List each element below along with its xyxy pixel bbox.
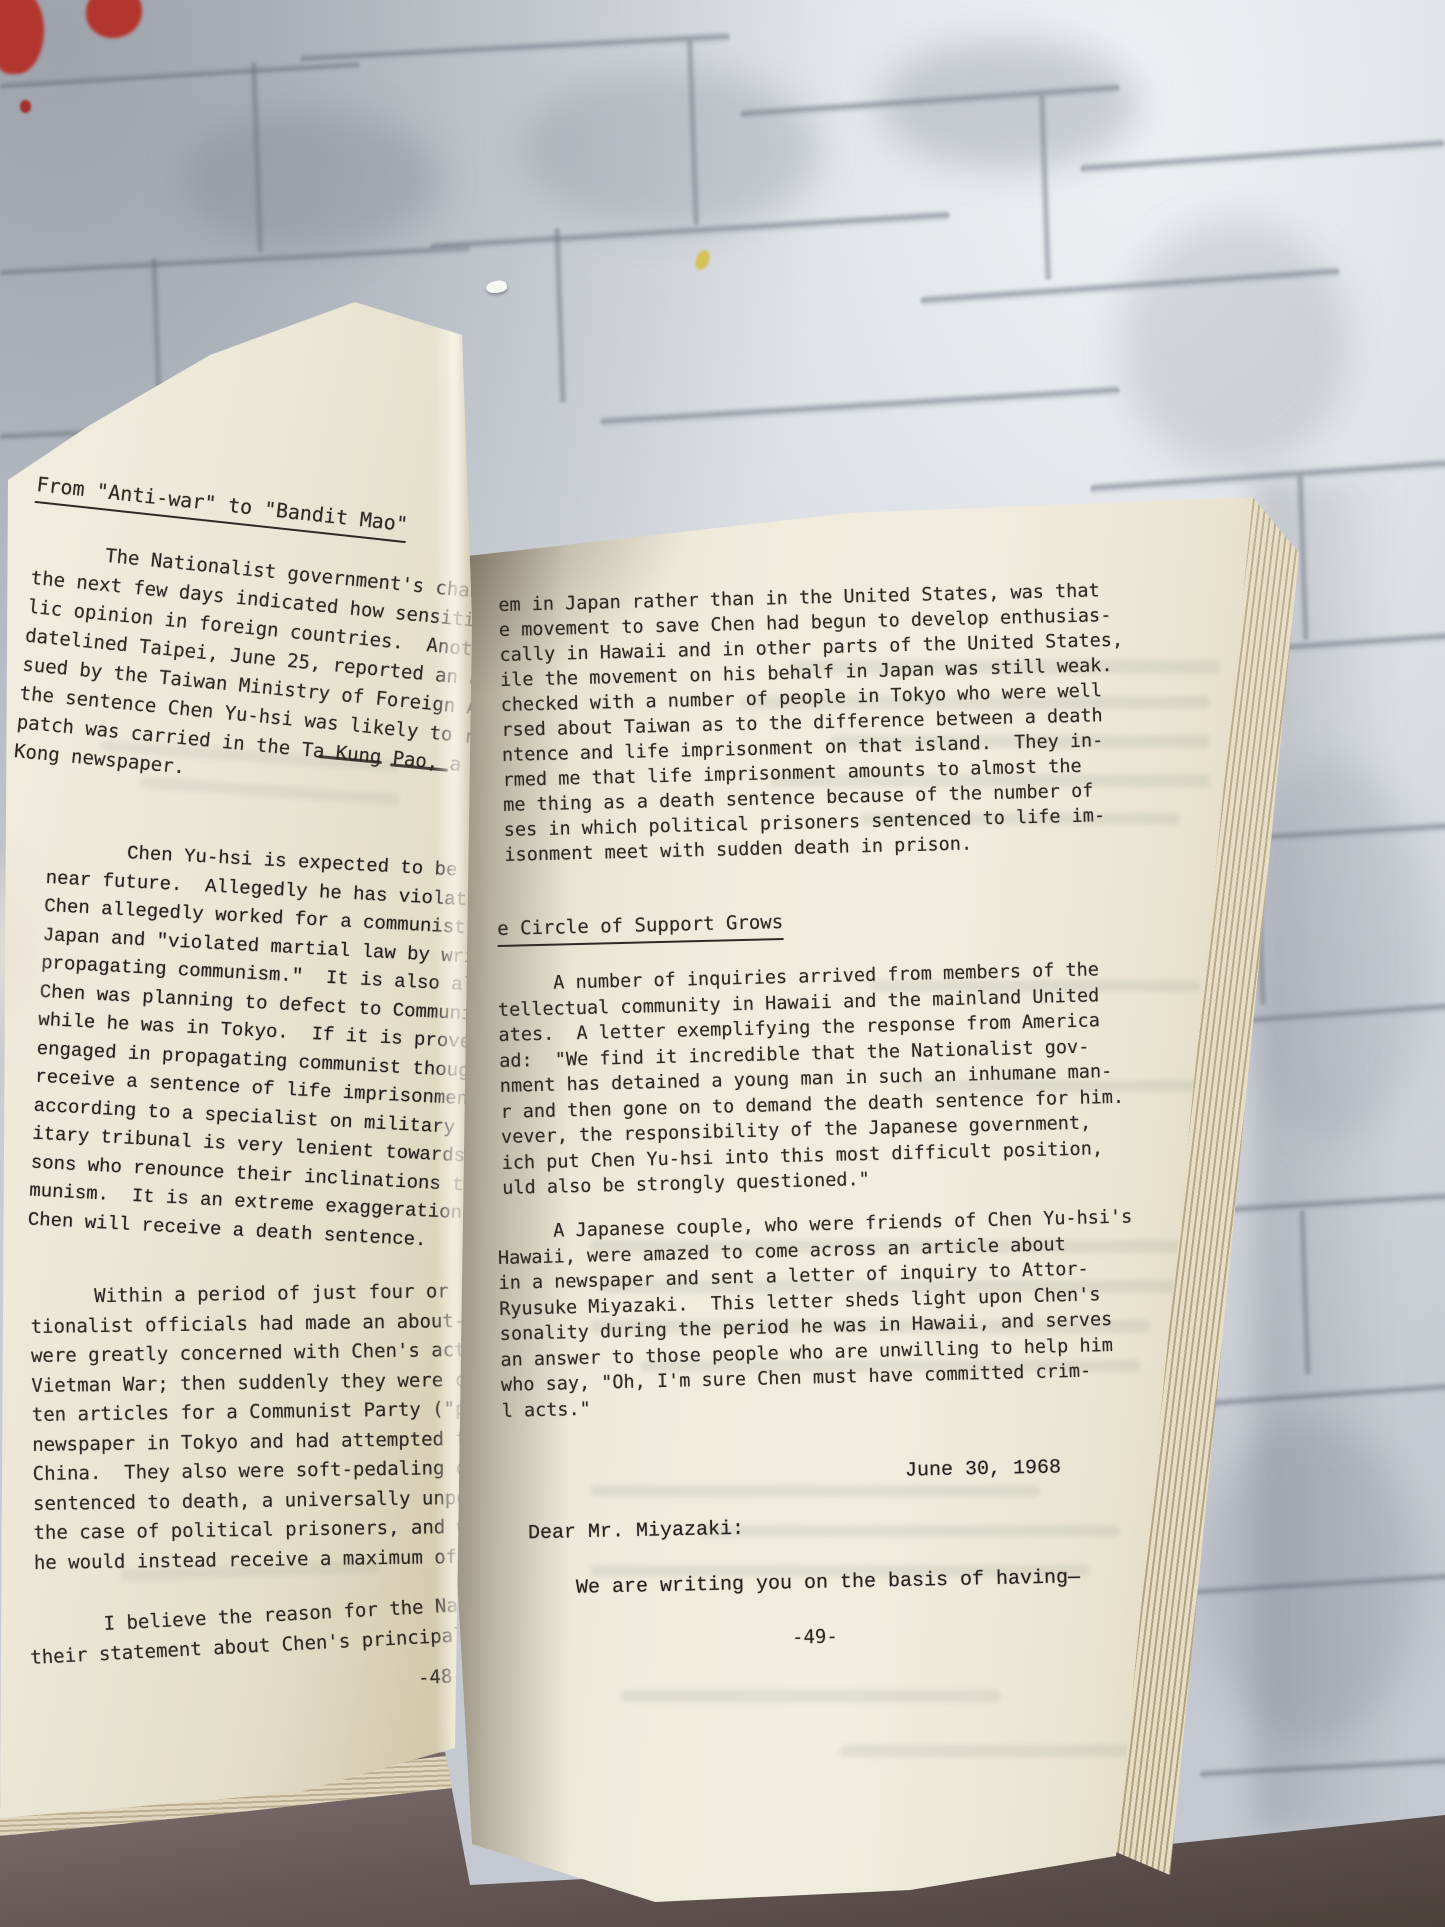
yellow-speck <box>693 248 712 271</box>
mortar-line <box>1200 1755 1445 1781</box>
chapter-heading-text: From "Anti-war" to "Bandit Mao" <box>35 472 409 543</box>
paint-chip <box>485 279 508 295</box>
wall-blotch <box>180 110 440 250</box>
show-through-smudge <box>700 1525 1120 1537</box>
red-paint-speck <box>20 100 31 113</box>
mortar-line <box>1080 137 1445 175</box>
page-number-49: -49- <box>792 1626 838 1649</box>
right-paragraph-2: A number of inquiries arrived from membe… <box>497 957 1126 1202</box>
photo-scene: em in Japan rather than in the United St… <box>0 0 1445 1927</box>
mortar-line <box>0 243 470 281</box>
wall-blotch <box>1120 220 1350 470</box>
show-through-smudge <box>620 1690 1000 1702</box>
show-through-smudge <box>840 1745 1140 1757</box>
red-paint-mark <box>86 0 142 38</box>
letter-date: June 30, 1968 <box>905 1456 1061 1482</box>
wall-blotch <box>1200 1420 1420 1740</box>
red-paint-mark <box>0 0 44 74</box>
brick-joint <box>1297 1210 1313 1375</box>
mortar-line <box>1190 1381 1445 1412</box>
chapter-heading-anti-war-to-bandit-mao: From "Anti-war" to "Bandit Mao" <box>35 472 409 536</box>
right-paragraph-3: A Japanese couple, who were friends of C… <box>497 1204 1137 1423</box>
brick-joint <box>552 228 568 403</box>
show-through-smudge <box>590 1485 1040 1497</box>
mortar-line <box>600 384 1120 429</box>
mortar-line <box>300 31 730 66</box>
wall-blotch <box>880 40 1140 170</box>
book-left-page: From "Anti-war" to "Bandit Mao" The Nati… <box>0 280 500 1840</box>
wall-blotch <box>520 70 820 230</box>
